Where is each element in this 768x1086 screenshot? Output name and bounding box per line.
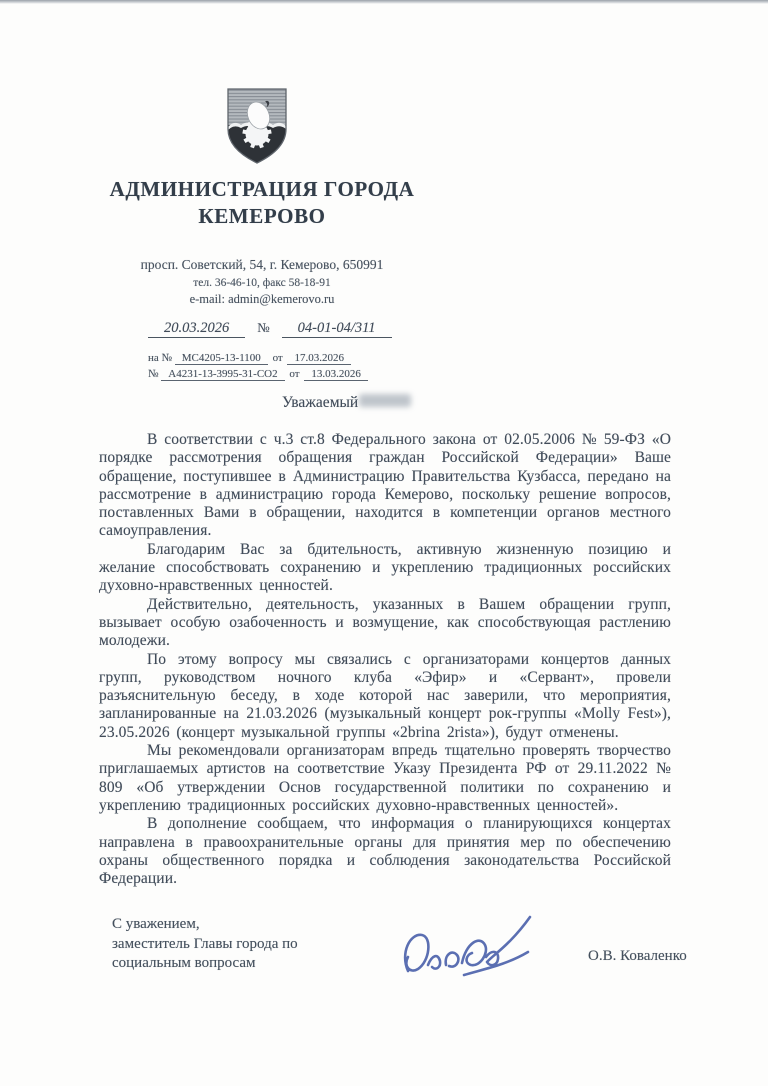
outgoing-number: 04-01-04/311: [282, 320, 392, 338]
letter-date: 20.03.2026: [148, 320, 245, 338]
ref1-date: 17.03.2026: [287, 352, 351, 365]
salutation-text: Уважаемый: [282, 394, 358, 411]
date-number-line: 20.03.2026№04-01-04/311: [148, 320, 392, 337]
ref1-ot: от: [271, 352, 285, 364]
postal-address: просп. Советский, 54, г. Кемерово, 65099…: [62, 257, 462, 273]
reference-line-2: № А4231-13-3995-31-СО2 от 13.03.2026: [148, 367, 368, 383]
paragraph-concern: Действительно, деятельность, указанных в…: [99, 596, 671, 651]
ref2-number: А4231-13-3995-31-СО2: [161, 368, 284, 381]
closing-line-2: заместитель Главы города по: [112, 935, 298, 955]
contact-block: просп. Советский, 54, г. Кемерово, 65099…: [62, 257, 462, 307]
ref1-number: МС4205-13-1100: [175, 352, 268, 365]
paragraph-law-enforcement: В дополнение сообщаем, что информация о …: [99, 815, 671, 888]
email-address: e-mail: admin@kemerovo.ru: [62, 292, 462, 307]
kemerovo-coat-of-arms-icon: [224, 86, 290, 166]
signer-name: О.В. Коваленко: [588, 948, 687, 965]
letter-body: В соответствии с ч.3 ст.8 Федерального з…: [99, 431, 671, 888]
phone-fax: тел. 36-46-10, факс 58-18-91: [62, 277, 462, 289]
paragraph-gratitude: Благодарим Вас за бдительность, активную…: [99, 541, 671, 596]
ref2-ot: от: [287, 368, 301, 380]
number-sign: №: [257, 320, 269, 335]
paragraph-recommendation: Мы рекомендовали организаторам впредь тщ…: [99, 742, 671, 815]
handwritten-signature: [392, 905, 567, 1010]
ref2-date: 13.03.2026: [304, 368, 368, 381]
reference-line-1: на № МС4205-13-1100 от 17.03.2026: [148, 351, 368, 367]
redacted-name-smudge: [359, 394, 411, 407]
paragraph-legal-basis: В соответствии с ч.3 ст.8 Федерального з…: [99, 431, 671, 541]
org-name-line1: АДМИНИСТРАЦИЯ ГОРОДА: [62, 176, 462, 203]
letter-page: АДМИНИСТРАЦИЯ ГОРОДА КЕМЕРОВО просп. Сов…: [0, 0, 768, 1086]
paragraph-concerts-cancelled: По этому вопросу мы связались с организа…: [99, 651, 671, 742]
reference-block: на № МС4205-13-1100 от 17.03.2026 № А423…: [148, 351, 368, 382]
closing-line-1: С уважением,: [112, 915, 298, 935]
closing-line-3: социальным вопросам: [112, 954, 298, 974]
ref2-prefix: №: [148, 368, 159, 380]
scan-top-edge: [0, 0, 768, 4]
ref1-prefix: на №: [148, 352, 172, 364]
closing-block: С уважением, заместитель Главы города по…: [112, 915, 298, 974]
org-name-line2: КЕМЕРОВО: [62, 203, 462, 230]
organization-name: АДМИНИСТРАЦИЯ ГОРОДА КЕМЕРОВО: [62, 176, 462, 230]
salutation: Уважаемый: [282, 394, 411, 412]
